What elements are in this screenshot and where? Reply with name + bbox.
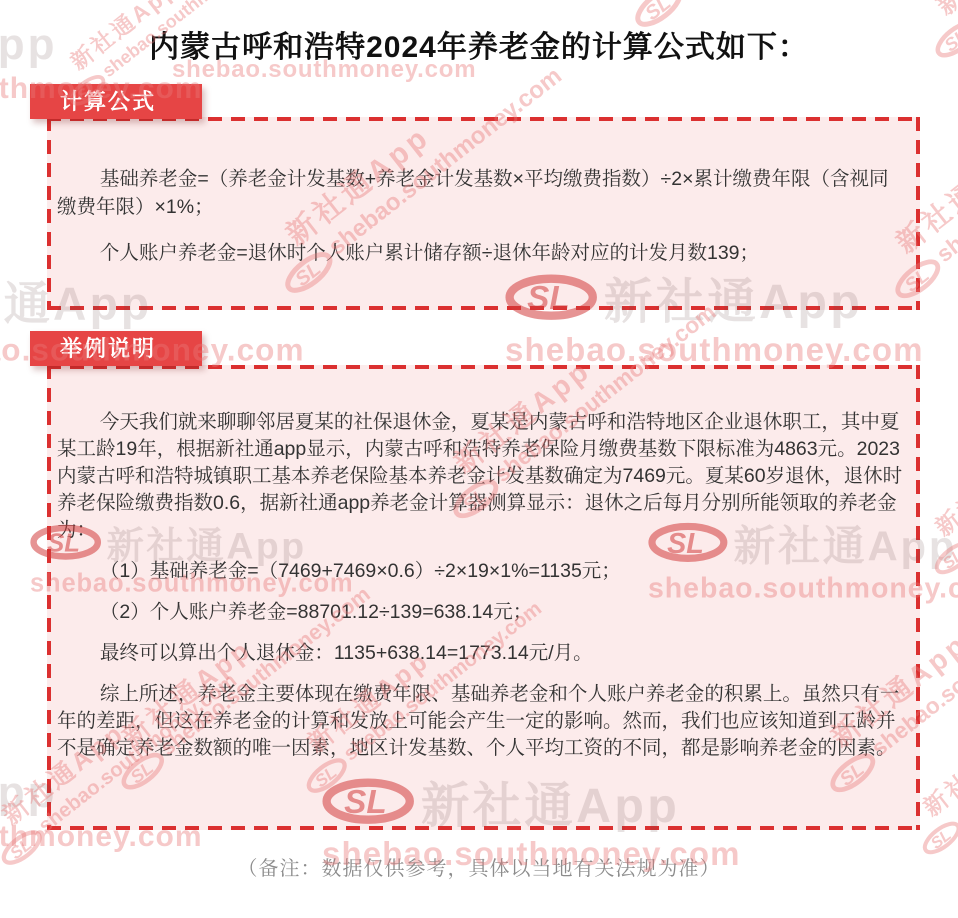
example-basic-pension-calc: （1）基础养老金=（7469+7469×0.6）÷2×19×1%=1135元； (57, 558, 904, 585)
watermark-url-text: shebao.southmoney.com (932, 79, 958, 267)
watermark-brand-text: 新社通App (919, 716, 958, 822)
svg-text:SL: SL (927, 826, 954, 853)
section-formula-box: 基础养老金=（养老金计发基数+养老金计发基数×平均缴费指数）÷2×累计缴费年限（… (47, 117, 920, 310)
formula-basic-pension-text: 基础养老金=（养老金计发基数+养老金计发基数×平均缴费指数）÷2×累计缴费年限（… (57, 165, 904, 221)
watermark-brand-text: 新社通App (931, 436, 958, 542)
watermark-brand-text: 新社通App (931, 0, 958, 21)
footer-note: （备注：数据仅供参考，具体以当地有关法规为准） (0, 852, 958, 881)
section-formula-badge: 计算公式 (30, 84, 202, 119)
example-total-pension-calc: 最终可以算出个人退休金：1135+638.14=1773.14元/月。 (57, 640, 904, 667)
pension-article-page: 新社通Appshebao.southmoney.comshebao.southm… (0, 0, 958, 918)
section-example-badge: 举例说明 (30, 331, 202, 366)
example-conclusion-text: 综上所述，养老金主要体现在缴费年限、基础养老金和个人账户养老金的积累上。虽然只有… (57, 681, 904, 762)
svg-text:SL: SL (939, 546, 958, 573)
watermark-url-text: shebao.southmoney.com (505, 332, 924, 368)
watermark-url-text: shebao.southmoney.com (953, 670, 958, 829)
page-title: 内蒙古呼和浩特2024年养老金的计算公式如下： (0, 22, 958, 66)
example-intro-text: 今天我们就来聊聊邻居夏某的社保退休金，夏某是内蒙古呼和浩特地区企业退休职工，其中… (57, 409, 904, 544)
section-example-box: 今天我们就来聊聊邻居夏某的社保退休金，夏某是内蒙古呼和浩特地区企业退休职工，其中… (47, 365, 920, 830)
example-personal-account-calc: （2）个人账户养老金=88701.12÷139=638.14元； (57, 599, 904, 626)
formula-personal-account-text: 个人账户养老金=退休时个人账户累计储存额÷退休年龄对应的计发月数139； (57, 239, 904, 267)
brand-swoosh-icon: SL (929, 535, 958, 580)
